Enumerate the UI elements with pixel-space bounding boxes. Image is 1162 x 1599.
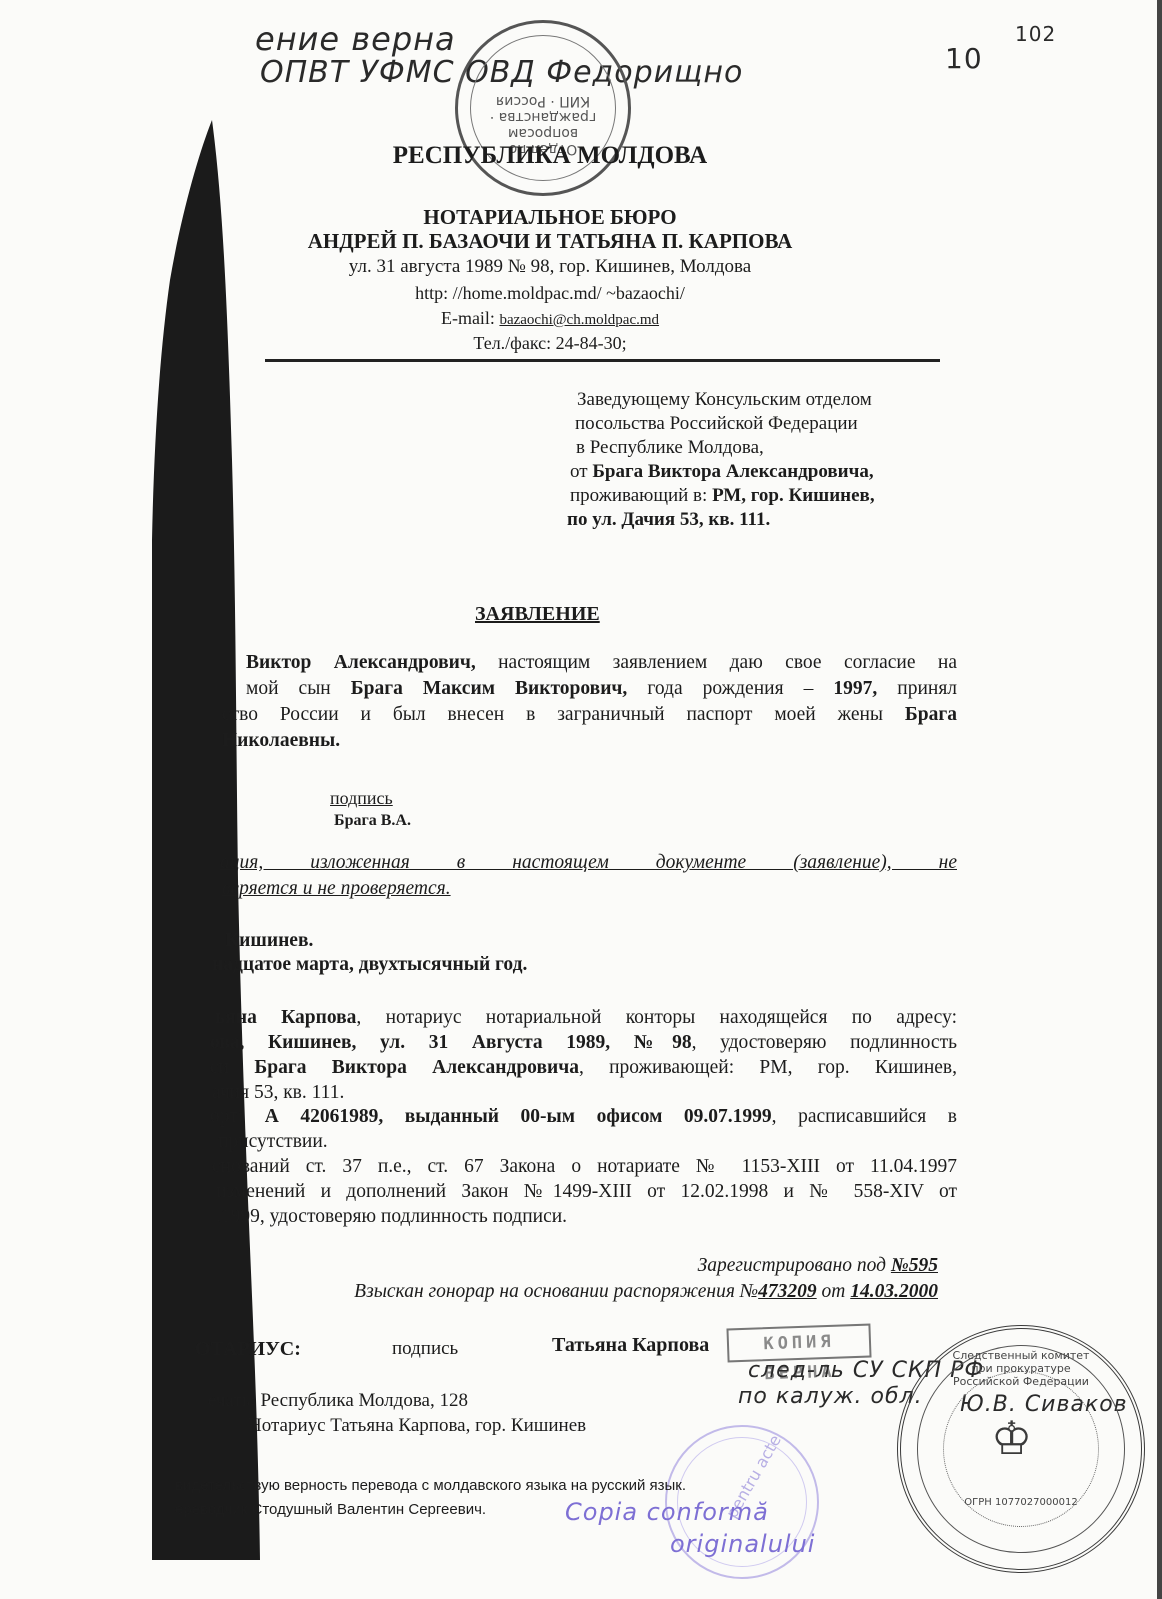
cert-line-7: снований ст. 37 п.е., ст. 67 Закона о но… <box>212 1156 957 1178</box>
statement-line-2: мой сын Брага Максим Викторович, года ро… <box>246 678 957 700</box>
bureau-email-link[interactable]: bazaochi@ch.moldpac.md <box>499 312 659 328</box>
investigator-line-2: по калуж. обл. <box>738 1384 923 1409</box>
disclaimer-line-1: ация, изложенная в настоящем документе (… <box>220 852 957 874</box>
statement-line-4: Николаевны. <box>222 730 974 752</box>
registration-number: №595 <box>891 1255 938 1276</box>
copy-note-line-2: originalului <box>670 1530 815 1558</box>
copy-certified-stamp: КОПИЯ ВЕРНА <box>726 1323 871 1362</box>
cert-line-6: присутствии. <box>218 1131 970 1153</box>
seal-line-2: Нотариус Татьяна Карпова, гор. Кишинев <box>248 1415 586 1437</box>
page-number-small: 102 <box>1015 22 1056 46</box>
statement-line-1: Виктор Александрович, настоящим заявлени… <box>246 652 957 674</box>
place: Кишинев. <box>225 930 977 952</box>
letterhead-divider <box>265 359 940 362</box>
notary-name: Татьяна Карпова <box>552 1334 709 1357</box>
addressee-block: Заведующему Консульским отделом посольст… <box>577 388 875 532</box>
fee-date: 14.03.2000 <box>850 1281 938 1302</box>
bureau-phone: Тел./факс: 24-84-30; <box>230 333 870 354</box>
cert-line-5: орт: А 42061989, выданный 00-ым офисом 0… <box>210 1106 957 1128</box>
cert-line-8: изменений и дополнений Закон №1499-XIII … <box>216 1181 957 1203</box>
notary-names: АНДРЕЙ П. БАЗАОЧИ И ТАТЬЯНА П. КАРПОВА <box>230 229 870 254</box>
notary-signature-placeholder: подпись <box>392 1338 458 1360</box>
translator-line-1: видетельствую верность перевода с молдав… <box>175 1477 686 1494</box>
disclaimer-line-2: веряется и не проверяется. <box>222 878 974 900</box>
cert-line-9: .1999, удостоверяю подлинность подписи. <box>216 1206 968 1228</box>
applicant-name: Брага Виктора Александровича, <box>592 461 873 482</box>
translator-line-2: ереводчик Стодушный Валентин Сергеевич. <box>175 1501 486 1518</box>
signer-name: Брага В.А. <box>334 812 411 830</box>
handwritten-note-line1: ение верна <box>255 20 456 58</box>
cert-line-4: ачия 53, кв. 111. <box>212 1082 964 1104</box>
date: надцатое марта, двухтысячный год. <box>212 954 964 976</box>
bureau-heading: НОТАРИАЛЬНОЕ БЮРО <box>230 205 870 230</box>
scan-edge <box>1157 0 1162 1599</box>
page-number: 10 <box>945 42 983 75</box>
eagle-emblem-icon: ♔ <box>991 1411 1032 1465</box>
country-heading: РЕСПУБЛИКА МОЛДОВА <box>230 142 870 170</box>
document-title: ЗАЯВЛЕНИЕ <box>475 603 600 626</box>
registration-number-line: Зарегистрировано под №595 <box>698 1255 938 1277</box>
bureau-email-line: E-mail: bazaochi@ch.moldpac.md <box>230 308 870 329</box>
copy-note-line-1: Copia conformă <box>565 1498 769 1526</box>
cert-line-3: си Брага Виктора Александровича, прожива… <box>210 1057 957 1079</box>
notary-label: ОТАРИУС: <box>195 1338 301 1361</box>
fee-order-number: 473209 <box>758 1281 817 1302</box>
seal-line-1: ечать: Республика Молдова, 128 <box>208 1390 468 1412</box>
cert-line-2: ова, Кишинев, ул. 31 Августа 1989, №98, … <box>210 1032 957 1054</box>
statement-line-3: ство России и был внесен в заграничный п… <box>222 704 957 726</box>
bureau-website[interactable]: http: //home.moldpac.md/ ~bazaochi/ <box>230 283 870 304</box>
signature-placeholder: подпись <box>330 788 393 809</box>
fee-line: Взыскан гонорар на основании распоряжени… <box>354 1281 938 1303</box>
investigative-committee-seal: ♔ Следственный комитет при прокуратуре Р… <box>897 1325 1145 1573</box>
cert-line-1: ьяна Карпова, нотариус нотариальной конт… <box>215 1007 957 1029</box>
bureau-address: ул. 31 августа 1989 № 98, гор. Кишинев, … <box>230 256 870 278</box>
